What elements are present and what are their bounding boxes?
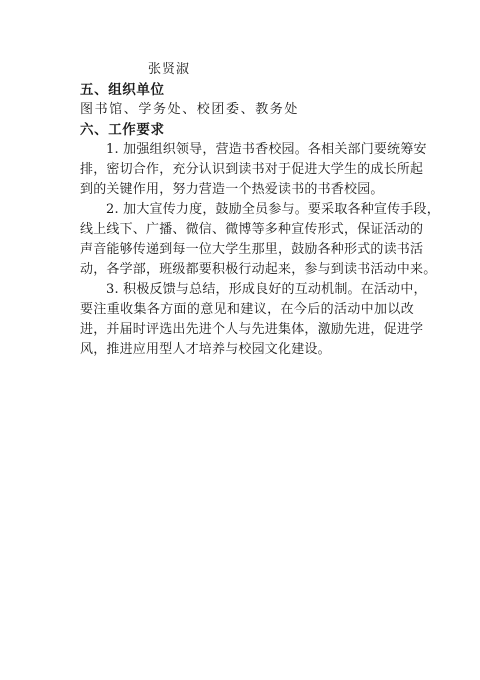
paragraph-line: 风，推进应用型人才培养与校园文化建设。 (80, 340, 414, 360)
paragraph-line: 3. 积极反馈与总结，形成良好的互动机制。在活动中， (80, 280, 414, 300)
requirement-item-3: 3. 积极反馈与总结，形成良好的互动机制。在活动中， 要注重收集各方面的意见和建… (80, 280, 414, 360)
paragraph-line: 到的关键作用，努力营造一个热爱读书的书香校园。 (80, 180, 414, 200)
requirement-item-2: 2. 加大宣传力度，鼓励全员参与。要采取各种宣传手段， 线上线下、广播、微信、微… (80, 200, 414, 280)
paragraph-line: 要注重收集各方面的意见和建议，在今后的活动中加以改 (80, 300, 414, 320)
section-5-content: 图书馆、学务处、校团委、教务处 (80, 100, 414, 120)
paragraph-line: 2. 加大宣传力度，鼓励全员参与。要采取各种宣传手段， (80, 200, 414, 220)
document-page: 张贤淑 五、组织单位 图书馆、学务处、校团委、教务处 六、工作要求 1. 加强组… (80, 60, 414, 360)
paragraph-line: 动，各学部，班级都要积极行动起来，参与到读书活动中来。 (80, 260, 414, 280)
person-name: 张贤淑 (80, 60, 414, 80)
paragraph-line: 排，密切合作，充分认识到读书对于促进大学生的成长所起 (80, 160, 414, 180)
section-6-heading: 六、工作要求 (80, 120, 414, 140)
section-5-heading: 五、组织单位 (80, 80, 414, 100)
requirement-item-1: 1. 加强组织领导，营造书香校园。各相关部门要统筹安 排，密切合作，充分认识到读… (80, 140, 414, 200)
paragraph-line: 声音能够传递到每一位大学生那里，鼓励各种形式的读书活 (80, 240, 414, 260)
paragraph-line: 1. 加强组织领导，营造书香校园。各相关部门要统筹安 (80, 140, 414, 160)
paragraph-line: 进，并届时评选出先进个人与先进集体，激励先进，促进学 (80, 320, 414, 340)
paragraph-line: 线上线下、广播、微信、微博等多种宣传形式，保证活动的 (80, 220, 414, 240)
